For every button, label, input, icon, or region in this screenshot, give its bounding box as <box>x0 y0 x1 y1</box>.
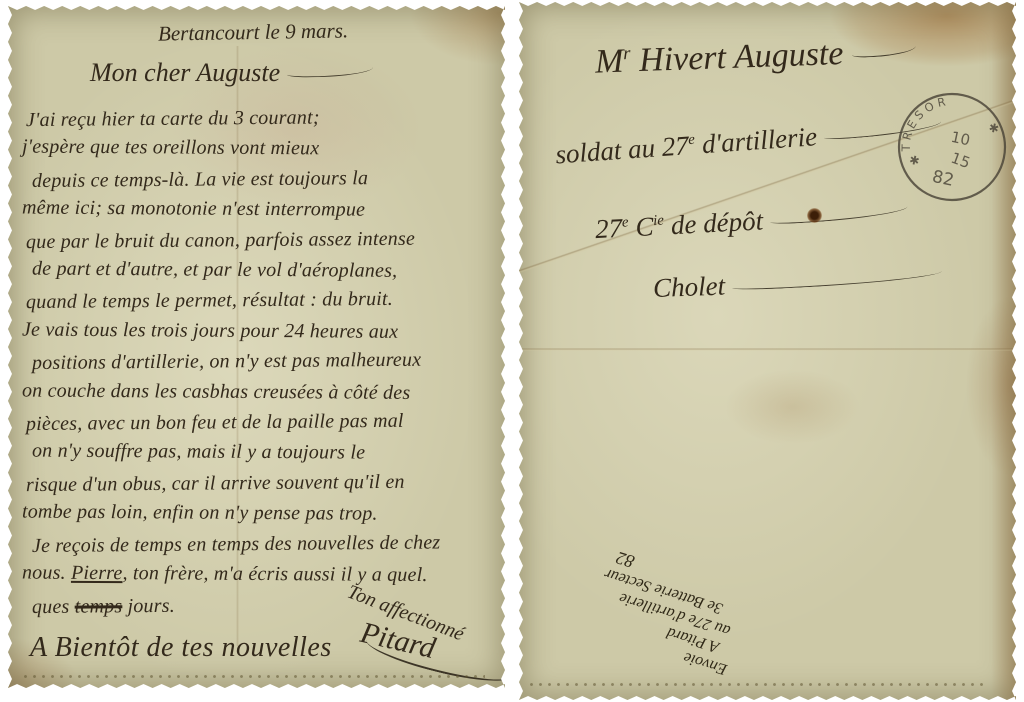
company-num: 27 <box>594 213 623 244</box>
flourish-line <box>769 205 907 226</box>
postmark-year: 15 <box>948 149 972 172</box>
addressee-title: M <box>594 43 624 81</box>
letter-line: Je vais tous les trois jours pour 24 heu… <box>22 314 502 347</box>
postmark-day: 10 <box>949 128 971 150</box>
letter-line: pièces, avec un bon feu et de la paille … <box>26 405 502 440</box>
letter-line: de part et d'autre, et par le vol d'aéro… <box>32 254 502 287</box>
letter-line: on n'y souffre pas, mais il y a toujours… <box>32 436 502 469</box>
postmark-stamp: TRESOR ET POSTES ✱ ✱ 10 15 82 <box>875 70 1024 224</box>
letter-line: J'ai reçu hier ta carte du 3 courant; <box>26 101 502 136</box>
city-line: Cholet <box>653 263 943 304</box>
letter-salutation: Mon cher Auguste <box>90 58 373 88</box>
postmark-star-icon: ✱ <box>908 153 921 169</box>
addressee-name: Hivert Auguste <box>630 35 844 79</box>
postmark-ring-text: TRESOR ET POSTES <box>879 70 964 162</box>
flourish-line <box>732 269 942 291</box>
letter-sheet-right: Mr Hivert Auguste soldat au 27e d'artill… <box>519 2 1016 700</box>
letter-line: j'espère que tes oreillons vont mieux <box>22 132 502 165</box>
letter-line: depuis ce temps-là. La vie est toujours … <box>32 162 502 197</box>
letter-line: on couche dans les casbhas creusées à cô… <box>22 375 502 408</box>
postmark-star-icon: ✱ <box>987 120 1000 136</box>
letter-line-pierre: nous. Pierre, ton frère, m'a écris aussi… <box>22 558 502 591</box>
letter-line: Je reçois de temps en temps des nouvelle… <box>32 527 502 562</box>
company-text: de dépôt <box>663 205 763 240</box>
unit-text: soldat au 27 <box>554 130 689 169</box>
company-line: 27e Cie de dépôt <box>594 198 908 245</box>
line-text: jours. <box>122 594 175 616</box>
perforation-strip <box>23 674 485 679</box>
letter-line: positions d'artillerie, on n'y est pas m… <box>32 344 502 379</box>
flourish-line <box>852 44 916 58</box>
line-text: nous. <box>22 562 71 584</box>
postmark-sector: 82 <box>930 167 955 191</box>
scanned-letter-page: { "left_page": { "dateline": "Bertancour… <box>0 0 1024 702</box>
letter-sheet-left: Bertancourt le 9 mars. Mon cher Auguste … <box>8 6 505 688</box>
addressee-line: Mr Hivert Auguste <box>594 32 916 81</box>
salutation-text: Mon cher Auguste <box>90 58 280 87</box>
company-text: C <box>628 211 654 242</box>
letter-farewell: A Bientôt de tes nouvelles <box>30 632 332 664</box>
city-text: Cholet <box>653 271 726 303</box>
letter-line: quand le temps le permet, résultat : du … <box>26 283 502 318</box>
crease-line <box>519 348 1016 351</box>
perforation-strip <box>529 682 986 687</box>
letter-line: que par le bruit du canon, parfois assez… <box>26 223 502 258</box>
struck-word: temps <box>75 595 123 617</box>
underlined-word: Pierre <box>71 562 123 584</box>
line-text: ques <box>32 595 75 617</box>
letter-line: même ici; sa monotonie n'est interrompue <box>22 193 502 226</box>
letter-body: J'ai reçu hier ta carte du 3 courant;j'e… <box>22 103 502 620</box>
line-text: , ton frère, m'a écris aussi il y a quel… <box>122 562 427 586</box>
sender-address-rotated: EnvoieA Pitardau 27e d'artillerie3e Batt… <box>488 516 751 679</box>
letter-line: risque d'un obus, car il arrive souvent … <box>26 466 502 501</box>
flourish-line <box>287 65 373 77</box>
unit-text: d'artillerie <box>694 121 818 159</box>
letter-line: tombe pas loin, enfin on n'y pense pas t… <box>22 497 502 530</box>
letter-dateline: Bertancourt le 9 mars. <box>158 18 349 46</box>
ink-blot <box>807 208 822 223</box>
letter-body-lines: J'ai reçu hier ta carte du 3 courant;j'e… <box>22 103 502 559</box>
